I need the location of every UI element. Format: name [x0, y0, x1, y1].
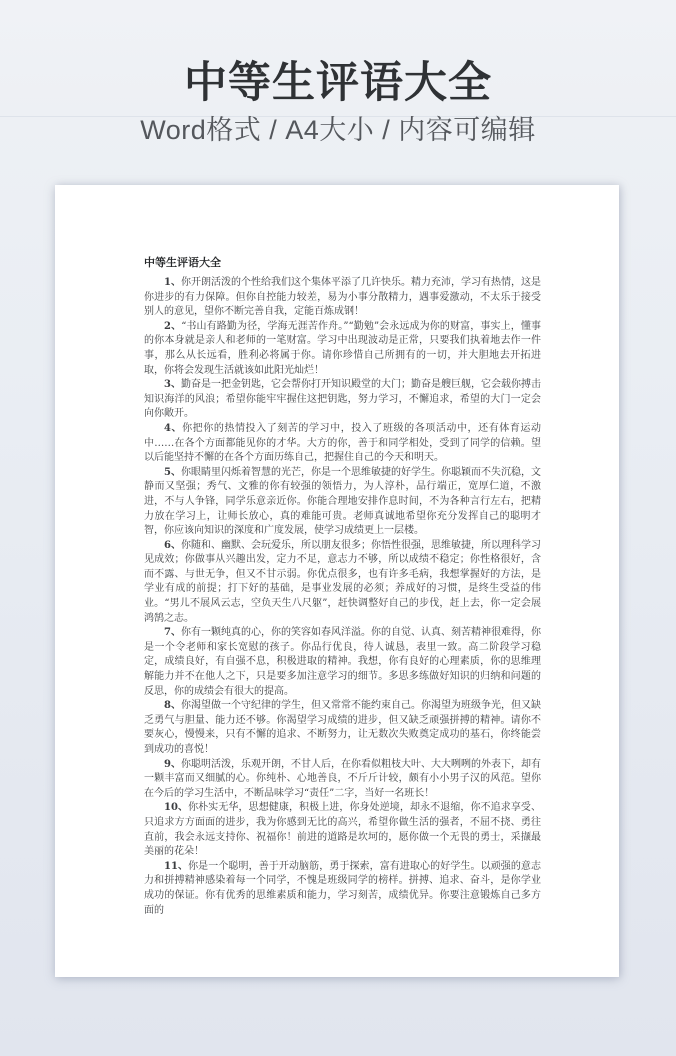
- preview-subtitle: Word格式 / A4大小 / 内容可编辑: [0, 116, 676, 145]
- paragraph-number: 9、: [164, 759, 181, 770]
- paragraph-number: 2、: [164, 321, 181, 332]
- paragraph-text: 你是一个聪明，善于开动脑筋，勇于探索，富有进取心的好学生。以顽强的意志力和拼搏精…: [144, 861, 541, 916]
- paragraph-number: 8、: [164, 700, 181, 711]
- paragraph-6: 6、你随和、幽默、会玩爱乐，所以朋友很多；你悟性很强，思维敏捷，所以理科学习见成…: [144, 539, 541, 627]
- paragraph-text: 你朴实无华，思想健康，积极上进，你身处逆境，却永不退缩，你不追求享受、只追求方方…: [144, 802, 541, 857]
- paragraph-text: 你有一颗纯真的心，你的笑容如春风洋溢。你的自觉、认真、刻苦精神很难得，你是一个令…: [144, 627, 541, 696]
- paragraph-1: 1、你开朗活泼的个性给我们这个集体平添了几许快乐。精力充沛，学习有热情，这是你进…: [144, 276, 541, 320]
- paragraph-text: 你渴望做一个守纪律的学生，但又常常不能约束自己。你渴望为班级争光，但又缺乏勇气与…: [144, 700, 541, 755]
- paragraph-7: 7、你有一颗纯真的心，你的笑容如春风洋溢。你的自觉、认真、刻苦精神很难得，你是一…: [144, 626, 541, 699]
- paragraph-text: 勤奋是一把金钥匙，它会帮你打开知识殿堂的大门；勤奋是艘巨舰，它会载你搏击知识海洋…: [144, 379, 541, 419]
- paragraph-number: 10、: [164, 802, 188, 813]
- paragraph-text: 你随和、幽默、会玩爱乐，所以朋友很多；你悟性很强，思维敏捷，所以理科学习见成效；…: [144, 540, 541, 624]
- paragraph-number: 11、: [164, 861, 188, 872]
- paragraph-text: 你聪明活泼，乐观开朗，不甘人后，在你看似粗枝大叶、大大咧咧的外表下，却有一颗丰富…: [144, 759, 541, 799]
- preview-header: 中等生评语大全 Word格式 / A4大小 / 内容可编辑: [0, 0, 676, 117]
- paragraph-10: 10、你朴实无华，思想健康，积极上进，你身处逆境，却永不退缩，你不追求享受、只追…: [144, 801, 541, 859]
- paragraph-number: 5、: [164, 467, 181, 478]
- document-content: 中等生评语大全 1、你开朗活泼的个性给我们这个集体平添了几许快乐。精力充沛，学习…: [55, 185, 619, 977]
- paragraph-11: 11、你是一个聪明，善于开动脑筋，勇于探索，富有进取心的好学生。以顽强的意志力和…: [144, 860, 541, 918]
- paragraph-2: 2、“书山有路勤为径，学海无涯苦作舟。”“勤勉”会永远成为你的财富，事实上，懂事…: [144, 320, 541, 378]
- paragraph-8: 8、你渴望做一个守纪律的学生，但又常常不能约束自己。你渴望为班级争光，但又缺乏勇…: [144, 699, 541, 757]
- paragraph-5: 5、你眼睛里闪烁着智慧的光芒，你是一个思维敏捷的好学生。你聪颖而不失沉稳，文静而…: [144, 466, 541, 539]
- paragraph-4: 4、你把你的热情投入了刻苦的学习中，投入了班级的各项活动中，还有体育运动中……在…: [144, 422, 541, 466]
- paragraph-text: 你把你的热情投入了刻苦的学习中，投入了班级的各项活动中，还有体育运动中……在各个…: [144, 423, 541, 463]
- paragraph-number: 4、: [164, 423, 182, 434]
- paragraph-number: 1、: [164, 277, 181, 288]
- doc-title: 中等生评语大全: [144, 256, 541, 269]
- paragraph-text: 你开朗活泼的个性给我们这个集体平添了几许快乐。精力充沛，学习有热情，这是你进步的…: [144, 277, 541, 317]
- paragraph-text: 你眼睛里闪烁着智慧的光芒，你是一个思维敏捷的好学生。你聪颖而不失沉稳，文静而又坚…: [144, 467, 541, 536]
- document-page: 中等生评语大全 1、你开朗活泼的个性给我们这个集体平添了几许快乐。精力充沛，学习…: [55, 185, 619, 977]
- paragraph-number: 6、: [164, 540, 181, 551]
- paragraph-number: 3、: [164, 379, 181, 390]
- paragraph-9: 9、你聪明活泼，乐观开朗，不甘人后，在你看似粗枝大叶、大大咧咧的外表下，却有一颗…: [144, 758, 541, 802]
- preview-title: 中等生评语大全: [0, 60, 676, 106]
- paragraph-number: 7、: [164, 627, 181, 638]
- paragraph-3: 3、勤奋是一把金钥匙，它会帮你打开知识殿堂的大门；勤奋是艘巨舰，它会载你搏击知识…: [144, 378, 541, 422]
- paragraph-text: “书山有路勤为径，学海无涯苦作舟。”“勤勉”会永远成为你的财富，事实上，懂事的你…: [144, 321, 541, 376]
